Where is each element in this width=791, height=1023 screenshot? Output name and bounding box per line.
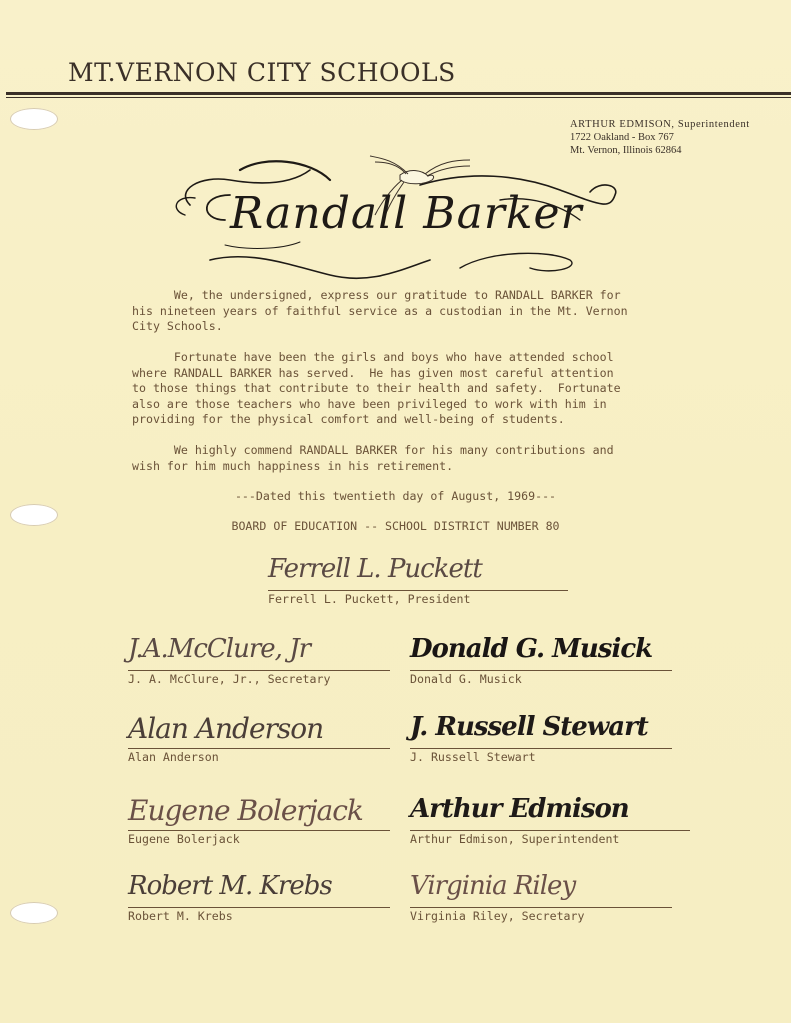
handwritten-signature: Eugene Bolerjack bbox=[128, 794, 363, 827]
signatory-name: Virginia Riley, Secretary bbox=[410, 909, 585, 923]
signatory-name: Ferrell L. Puckett, President bbox=[268, 592, 470, 606]
letterhead-title: MT.VERNON CITY SCHOOLS bbox=[68, 58, 456, 87]
handwritten-signature: Alan Anderson bbox=[128, 712, 323, 745]
handwritten-signature: J.A.McClure, Jr bbox=[128, 634, 310, 664]
address-name: ARTHUR EDMISON, Superintendent bbox=[570, 118, 750, 131]
signature-block: Alan AndersonAlan Anderson bbox=[128, 706, 390, 776]
signature-line bbox=[128, 748, 390, 749]
signatory-name: J. Russell Stewart bbox=[410, 750, 536, 764]
handwritten-signature: Robert M. Krebs bbox=[128, 871, 332, 901]
signatory-name: Donald G. Musick bbox=[410, 672, 522, 686]
letterhead-rule-thin bbox=[6, 97, 791, 98]
signature-block: J.A.McClure, JrJ. A. McClure, Jr., Secre… bbox=[128, 628, 390, 698]
handwritten-signature: Ferrell L. Puckett bbox=[268, 554, 482, 584]
letterhead-rule bbox=[6, 92, 791, 95]
honoree-script-name: Randall Barker bbox=[230, 188, 583, 239]
handwritten-signature: Arthur Edmison bbox=[410, 794, 629, 824]
signatory-name: Eugene Bolerjack bbox=[128, 832, 240, 846]
signature-line bbox=[268, 590, 568, 591]
address-line-1: 1722 Oakland - Box 767 bbox=[570, 131, 750, 144]
signature-block: Arthur EdmisonArthur Edmison, Superinten… bbox=[410, 788, 690, 858]
handwritten-signature: Donald G. Musick bbox=[410, 634, 652, 664]
signature-line bbox=[128, 907, 390, 908]
handwritten-signature: Virginia Riley bbox=[410, 871, 575, 901]
signature-block: Eugene BolerjackEugene Bolerjack bbox=[128, 788, 390, 858]
signature-line bbox=[128, 830, 390, 831]
signature-block: J. Russell StewartJ. Russell Stewart bbox=[410, 706, 672, 776]
signature-block: Donald G. MusickDonald G. Musick bbox=[410, 628, 672, 698]
signature-line bbox=[128, 670, 390, 671]
signature-line bbox=[410, 907, 672, 908]
signature-block: Virginia RileyVirginia Riley, Secretary bbox=[410, 865, 672, 935]
signature-line bbox=[410, 670, 672, 671]
signatory-name: Robert M. Krebs bbox=[128, 909, 233, 923]
signature-line bbox=[410, 748, 672, 749]
signature-block: Robert M. KrebsRobert M. Krebs bbox=[128, 865, 390, 935]
punch-hole bbox=[10, 902, 58, 924]
signatory-name: Alan Anderson bbox=[128, 750, 219, 764]
signatory-name: J. A. McClure, Jr., Secretary bbox=[128, 672, 330, 686]
dated-line: ---Dated this twentieth day of August, 1… bbox=[0, 489, 791, 503]
signature-block: Ferrell L. PuckettFerrell L. Puckett, Pr… bbox=[268, 548, 568, 618]
signature-line bbox=[410, 830, 690, 831]
handwritten-signature: J. Russell Stewart bbox=[410, 712, 648, 742]
board-line: BOARD OF EDUCATION -- SCHOOL DISTRICT NU… bbox=[0, 519, 791, 533]
paragraph-commend: We highly commend RANDALL BARKER for his… bbox=[132, 443, 692, 474]
signatory-name: Arthur Edmison, Superintendent bbox=[410, 832, 619, 846]
punch-hole bbox=[10, 108, 58, 130]
paragraph-fortunate: Fortunate have been the girls and boys w… bbox=[132, 350, 692, 428]
paragraph-gratitude: We, the undersigned, express our gratitu… bbox=[132, 288, 692, 335]
